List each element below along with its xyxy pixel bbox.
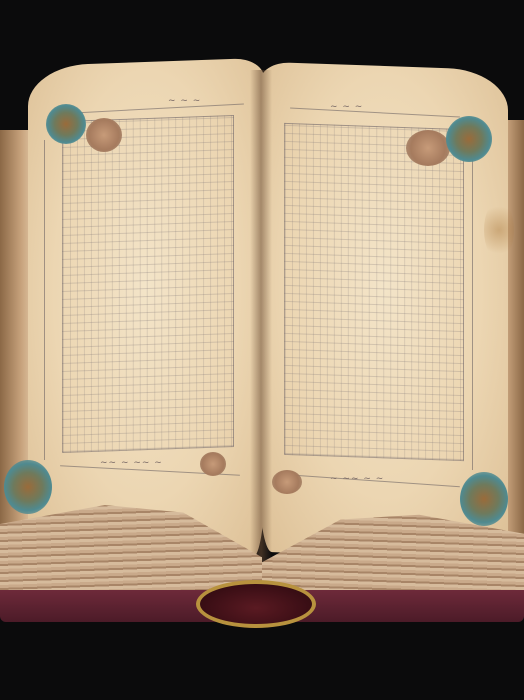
seal-top-left-tan	[86, 118, 122, 152]
stain-bottom-right	[272, 470, 302, 494]
right-text-block	[284, 123, 464, 461]
seal-bottom-left-teal	[4, 460, 52, 514]
seal-top-right-tan	[406, 130, 450, 166]
water-stain-right	[484, 200, 514, 260]
stain-bottom-left	[200, 452, 226, 476]
left-text-block	[62, 115, 234, 453]
seal-top-right-teal	[446, 116, 492, 162]
photo-scene: ~ ~ ~ ~~ ~ ~~ ~ ~ ~ ~ ~ ~~ ~ ~	[0, 0, 524, 700]
left-margin-line	[44, 140, 45, 460]
spine-endcap	[196, 580, 316, 628]
book-gutter	[250, 70, 272, 590]
right-header-script: ~ ~ ~	[330, 102, 363, 112]
right-footer-script: ~ ~~ ~ ~	[330, 474, 384, 484]
left-header-script: ~ ~ ~	[168, 96, 201, 106]
seal-bottom-right-teal	[460, 472, 508, 526]
seal-top-left-teal	[46, 104, 86, 144]
left-footer-script: ~~ ~ ~~ ~	[100, 458, 163, 468]
right-margin-line	[472, 150, 473, 470]
